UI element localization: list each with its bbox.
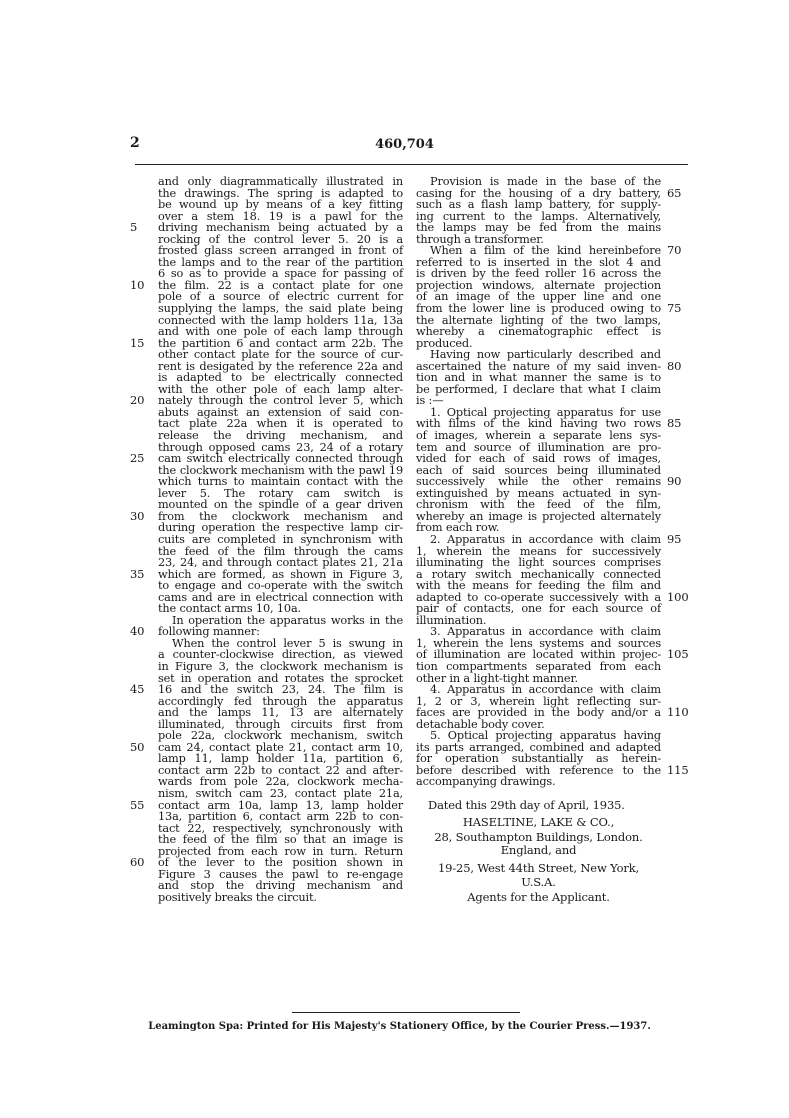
line-number: 55 — [130, 800, 152, 812]
signature-block: Dated this 29th day of April, 1935. HASE… — [416, 797, 661, 906]
text-line: be performed, I declare that what I clai… — [416, 384, 661, 396]
spacer — [416, 788, 661, 797]
footer-rule — [292, 1012, 520, 1013]
line-number: 5 — [130, 222, 152, 234]
line-number: 75 — [667, 303, 697, 315]
agent-address-newyork: 19-25, West 44th Street, New York, — [416, 861, 661, 876]
line-number: 115 — [667, 765, 697, 777]
agent-role: Agents for the Applicant. — [416, 889, 661, 906]
line-text: accompanying drawings. — [416, 775, 555, 788]
line-number: 85 — [667, 418, 697, 430]
line-number: 70 — [667, 245, 697, 257]
line-number: 35 — [130, 569, 152, 581]
line-number: 40 — [130, 626, 152, 638]
text-line: accompanying drawings. — [416, 776, 661, 788]
line-number: 90 — [667, 476, 697, 488]
patent-number: 460,704 — [0, 137, 789, 152]
line-number: 95 — [667, 534, 697, 546]
agent-address-england: England, and — [416, 844, 661, 857]
line-number: 100 — [667, 592, 697, 604]
line-number: 60 — [130, 857, 152, 869]
text-line: positively breaks the circuit. — [158, 892, 403, 904]
line-number: 80 — [667, 361, 697, 373]
right-column: Provision is made in the base of thecasi… — [416, 176, 661, 906]
line-number: 50 — [130, 742, 152, 754]
header-rule — [135, 164, 688, 165]
left-column: and only diagrammatically illustrated in… — [158, 176, 403, 903]
line-number: 25 — [130, 453, 152, 465]
agent-firm: HASELTINE, LAKE & CO., — [416, 814, 661, 831]
line-number: 110 — [667, 707, 697, 719]
line-number: 20 — [130, 395, 152, 407]
line-number: 65 — [667, 188, 697, 200]
line-number: 45 — [130, 684, 152, 696]
dated-line: Dated this 29th day of April, 1935. — [416, 797, 661, 814]
right-column-text: Provision is made in the base of thecasi… — [416, 176, 661, 788]
line-number: 105 — [667, 649, 697, 661]
line-number: 15 — [130, 338, 152, 350]
line-text: be performed, I declare that what I clai… — [416, 383, 661, 396]
printer-imprint: Leamington Spa: Printed for His Majesty'… — [0, 1021, 789, 1032]
agent-address-usa: U.S.A. — [416, 876, 661, 889]
line-text: positively breaks the circuit. — [158, 891, 317, 904]
line-number: 30 — [130, 511, 152, 523]
line-number: 10 — [130, 280, 152, 292]
